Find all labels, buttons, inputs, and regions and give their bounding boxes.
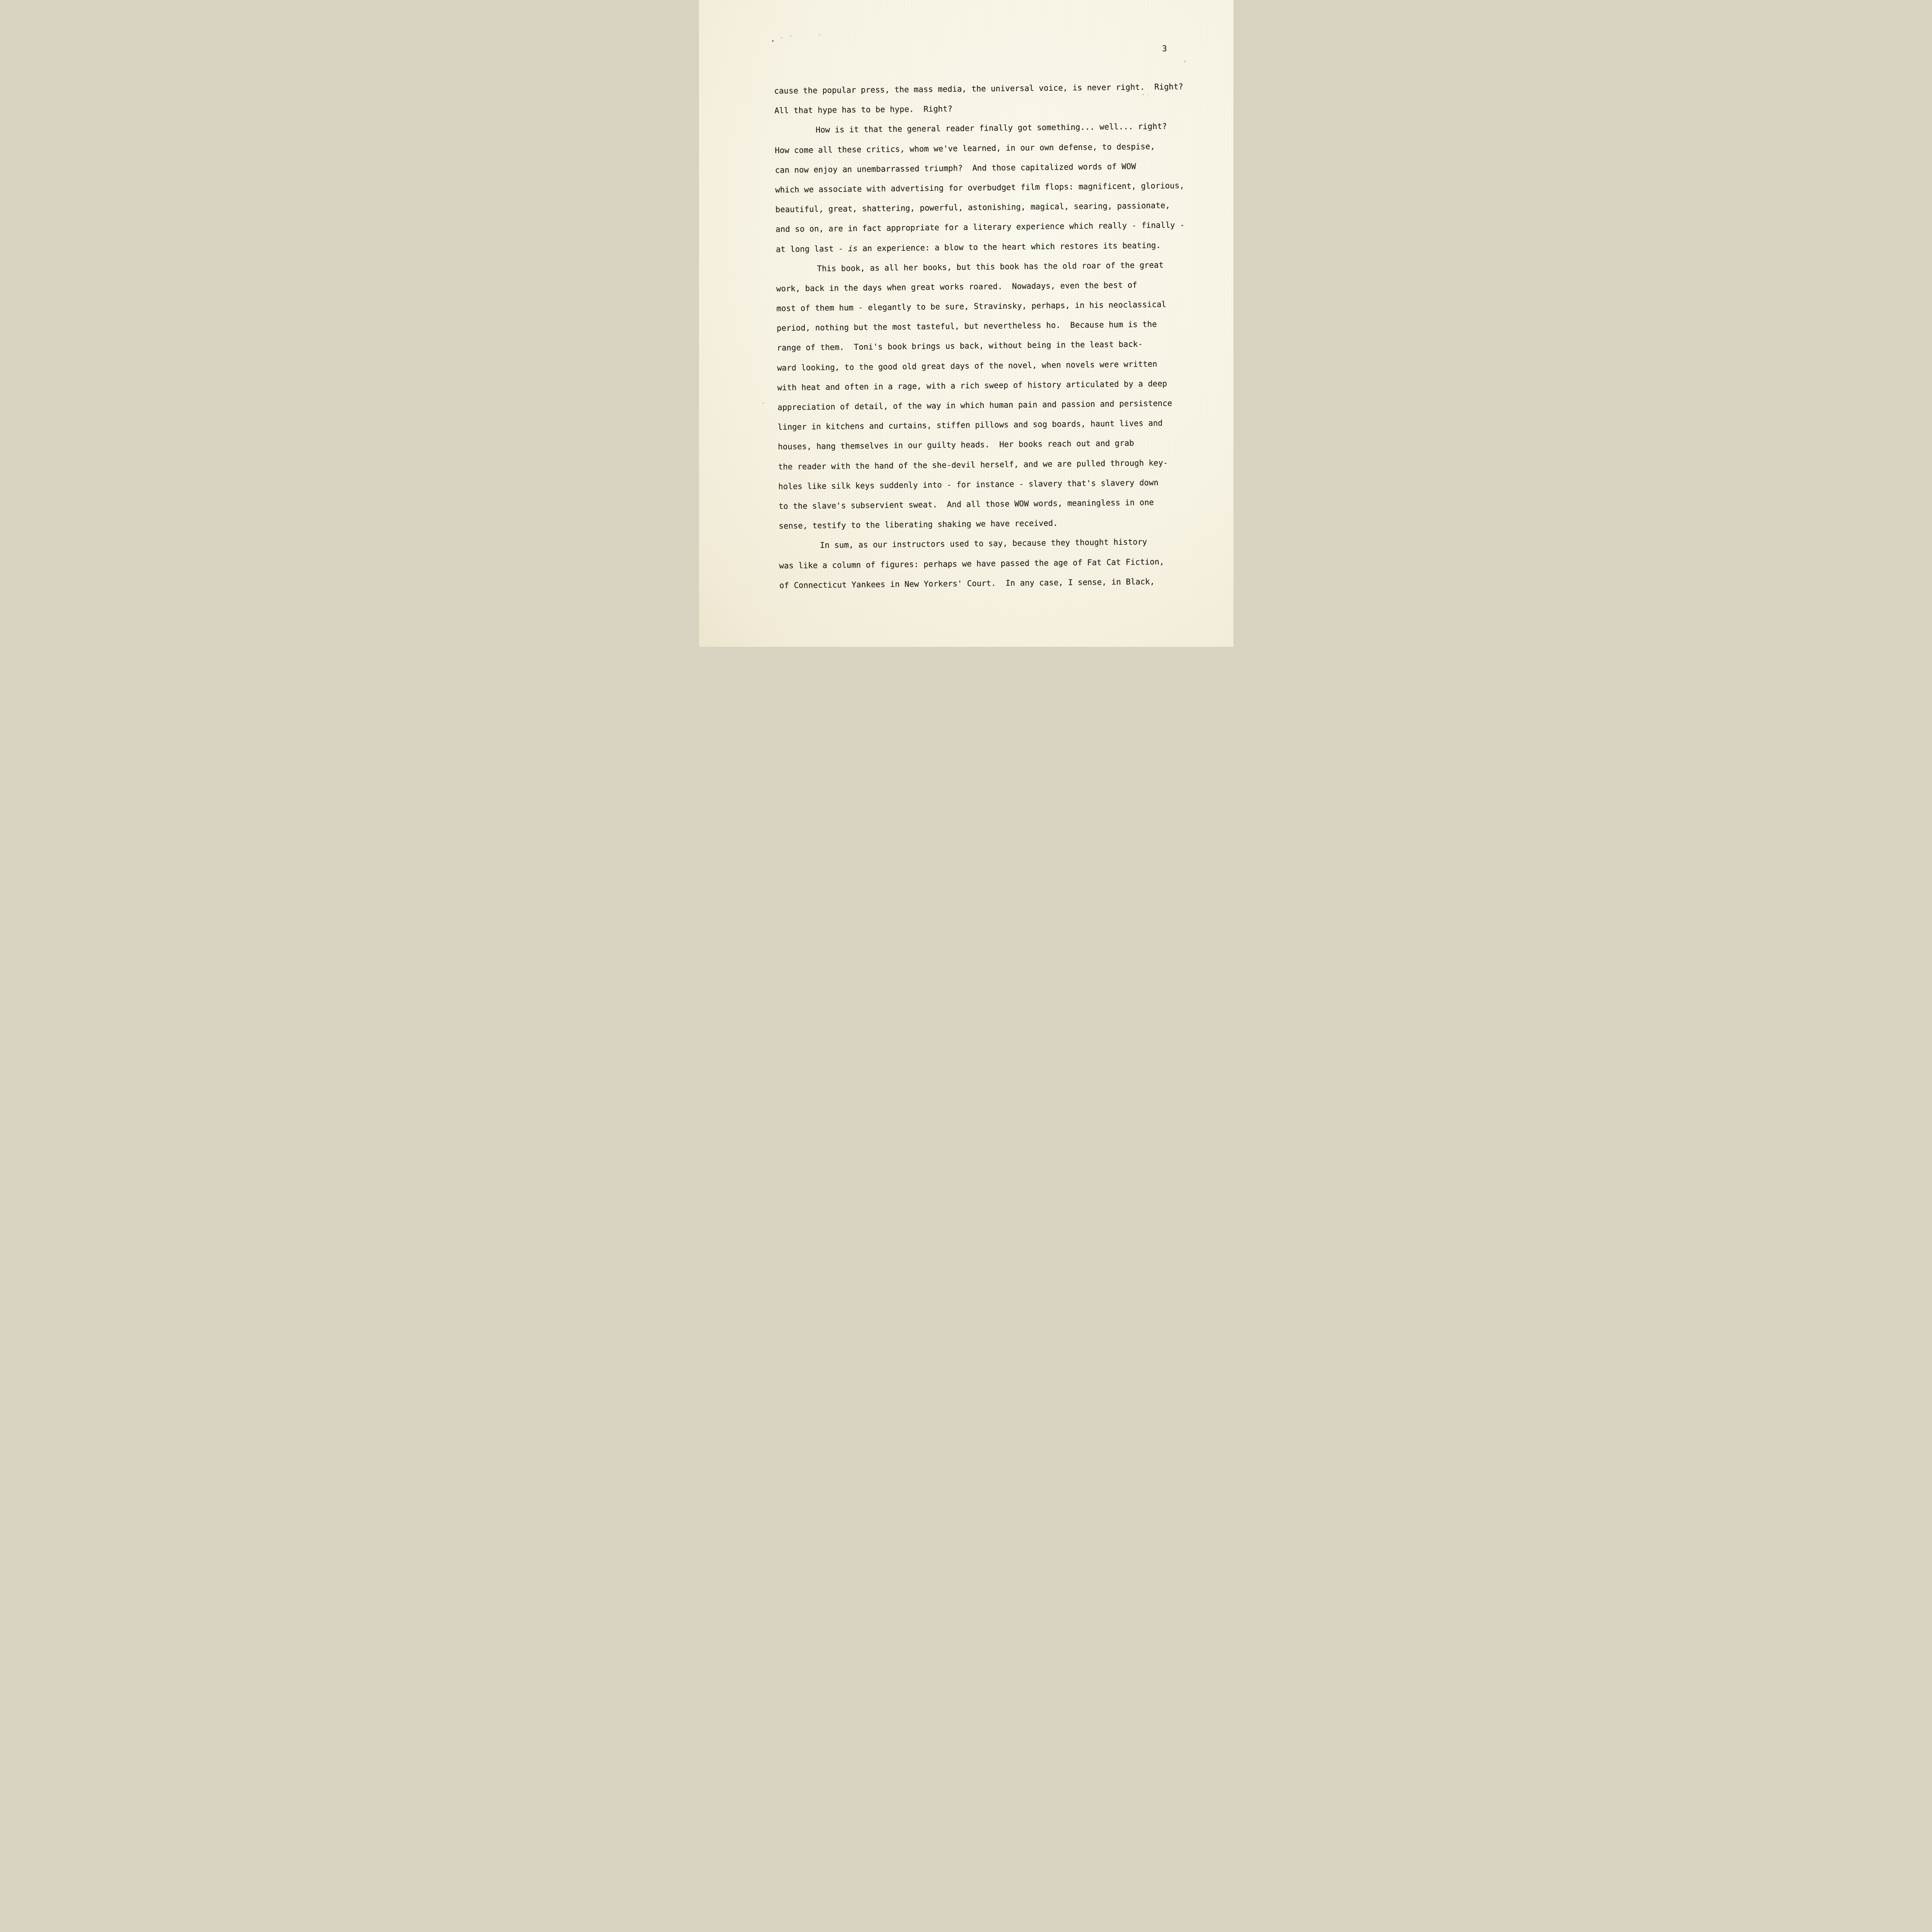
text-line: of Connecticut Yankees in New Yorkers' C…: [779, 571, 1200, 595]
page-number: 3: [1162, 45, 1167, 53]
typescript-text-block: cause the popular press, the mass media,…: [774, 77, 1201, 595]
page-content: 3 cause the popular press, the mass medi…: [699, 0, 1233, 647]
scanned-typescript-page: 3 cause the popular press, the mass medi…: [699, 0, 1233, 647]
